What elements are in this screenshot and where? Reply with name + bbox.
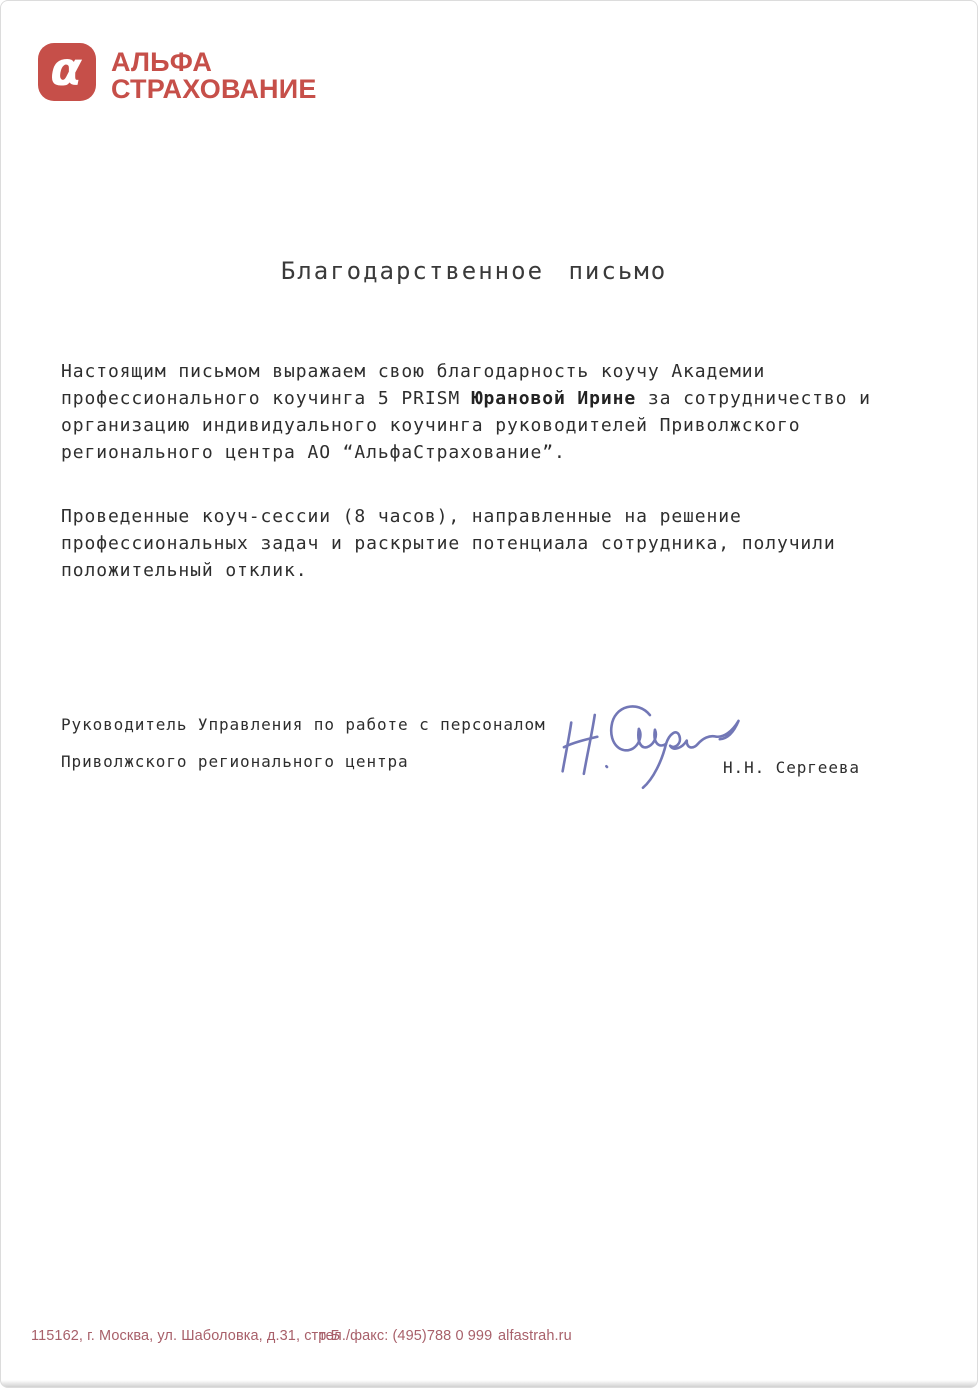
signatory-role-line2: Приволжского регионального центра bbox=[61, 752, 409, 771]
company-logo: α АЛЬФА СТРАХОВАНИЕ bbox=[38, 43, 317, 103]
letter-paragraph-1: Настоящим письмом выражаем свою благодар… bbox=[61, 358, 883, 466]
footer-phone: тел./факс: (495)788 0 999 bbox=[319, 1328, 492, 1344]
page-bottom-edge bbox=[1, 1380, 977, 1387]
logo-wordmark: АЛЬФА СТРАХОВАНИЕ bbox=[111, 49, 317, 103]
signatory-role-line1: Руководитель Управления по работе с перс… bbox=[61, 715, 546, 734]
letter-title: Благодарственное письмо bbox=[1, 257, 947, 285]
letter-page: α АЛЬФА СТРАХОВАНИЕ Благодарственное пис… bbox=[0, 0, 978, 1388]
recipient-name: Юрановой Ирине bbox=[472, 388, 636, 409]
signatory-name: Н.Н. Сергеева bbox=[723, 758, 860, 777]
handwritten-signature bbox=[557, 697, 747, 792]
footer-website: alfastrah.ru bbox=[498, 1328, 572, 1344]
alpha-glyph: α bbox=[50, 46, 82, 92]
letter-paragraph-2: Проведенные коуч-сессии (8 часов), напра… bbox=[61, 503, 883, 584]
logo-wordmark-line1: АЛЬФА bbox=[111, 49, 317, 76]
footer-address: 115162, г. Москва, ул. Шаболовка, д.31, … bbox=[31, 1328, 340, 1344]
alfa-logo-icon: α bbox=[38, 43, 96, 101]
logo-wordmark-line2: СТРАХОВАНИЕ bbox=[111, 76, 317, 103]
